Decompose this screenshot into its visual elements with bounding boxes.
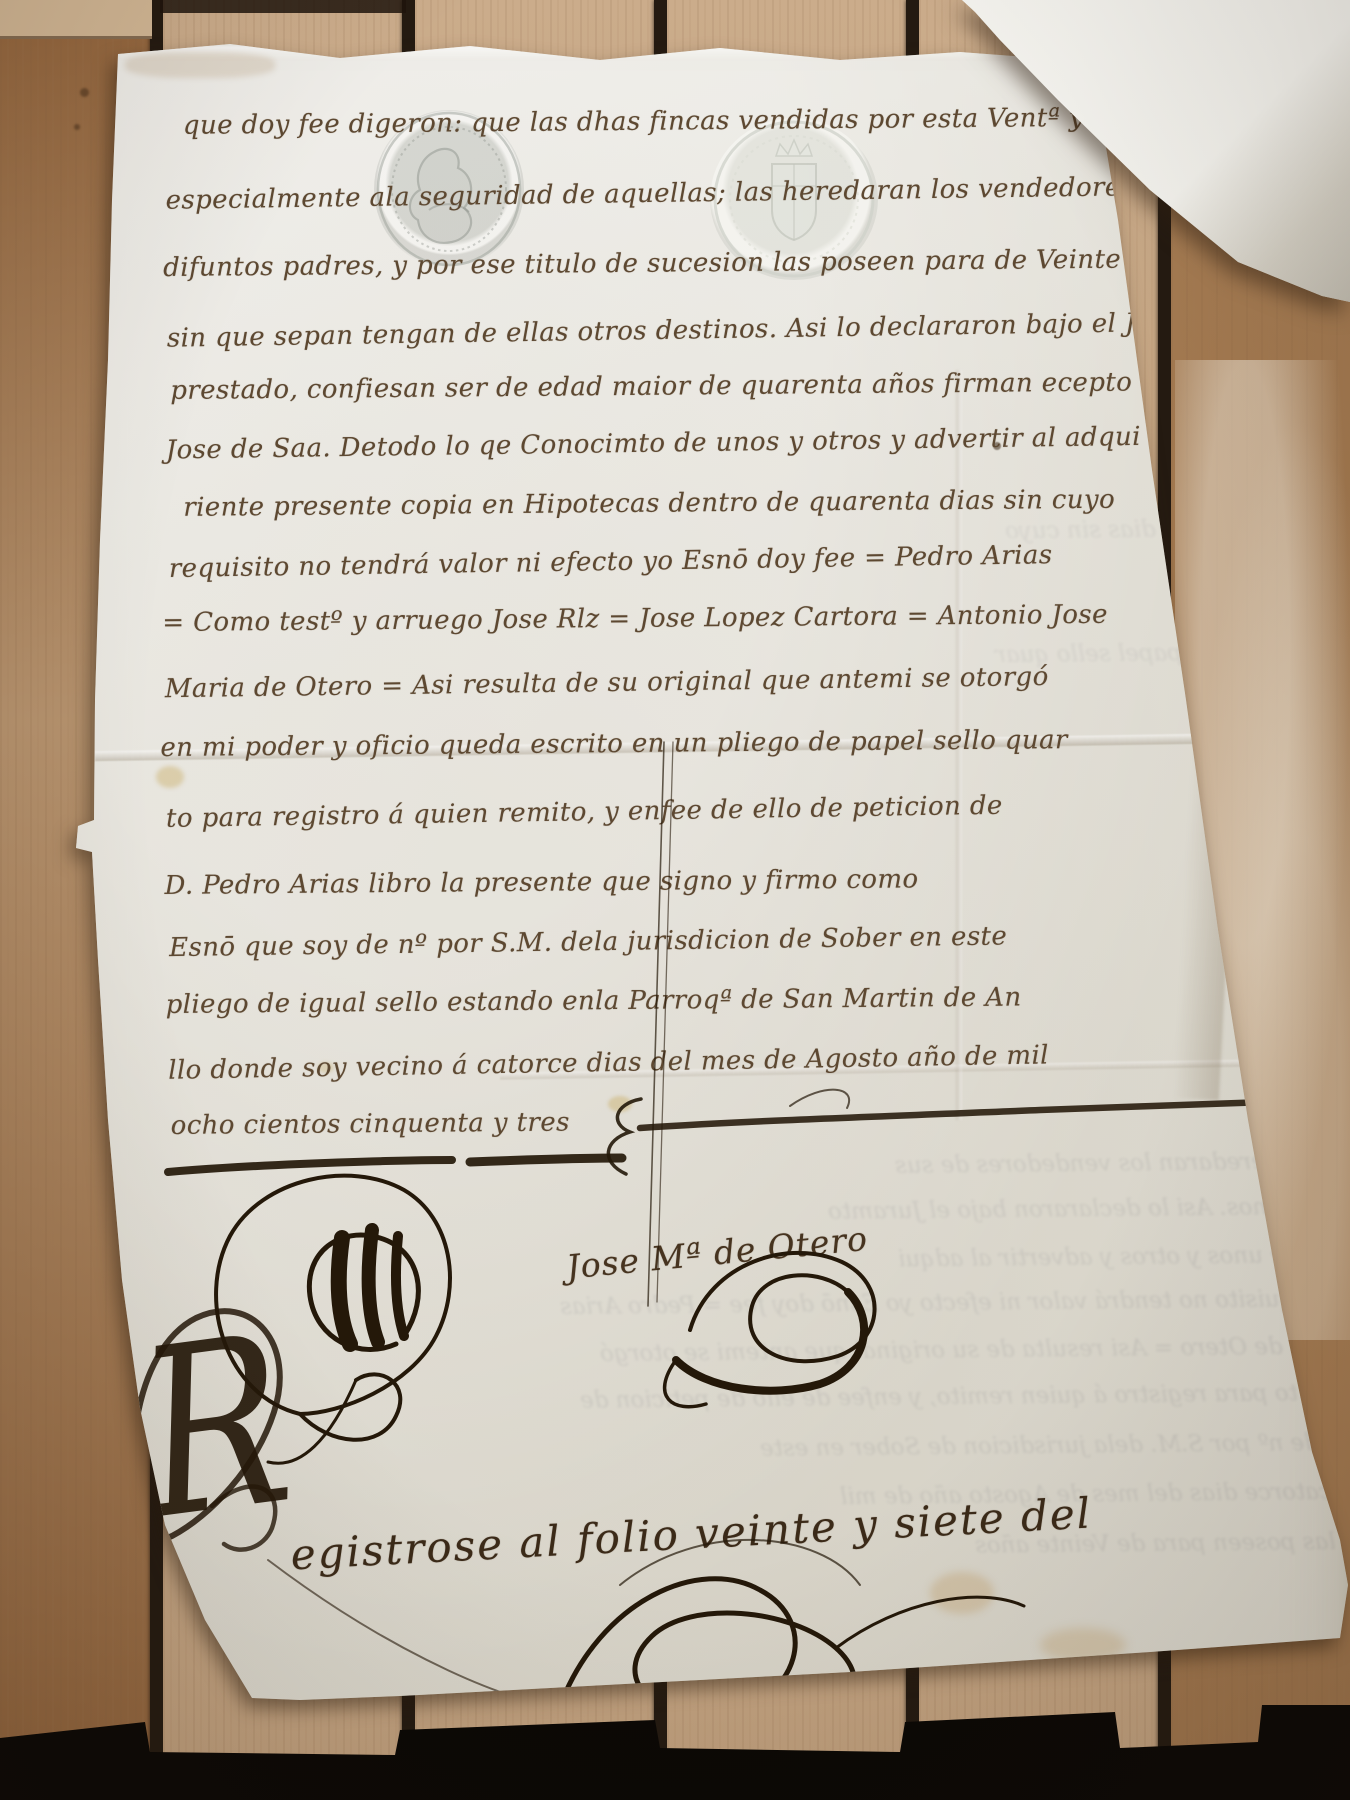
sheet-curl-shadow — [980, 0, 1350, 330]
loose-paper-sheet — [0, 0, 1350, 1800]
photo-of-manuscript: especialmente ala seguridad de aquellas;… — [0, 0, 1350, 1800]
loose-paper-sheet-wrap — [0, 0, 1350, 1800]
